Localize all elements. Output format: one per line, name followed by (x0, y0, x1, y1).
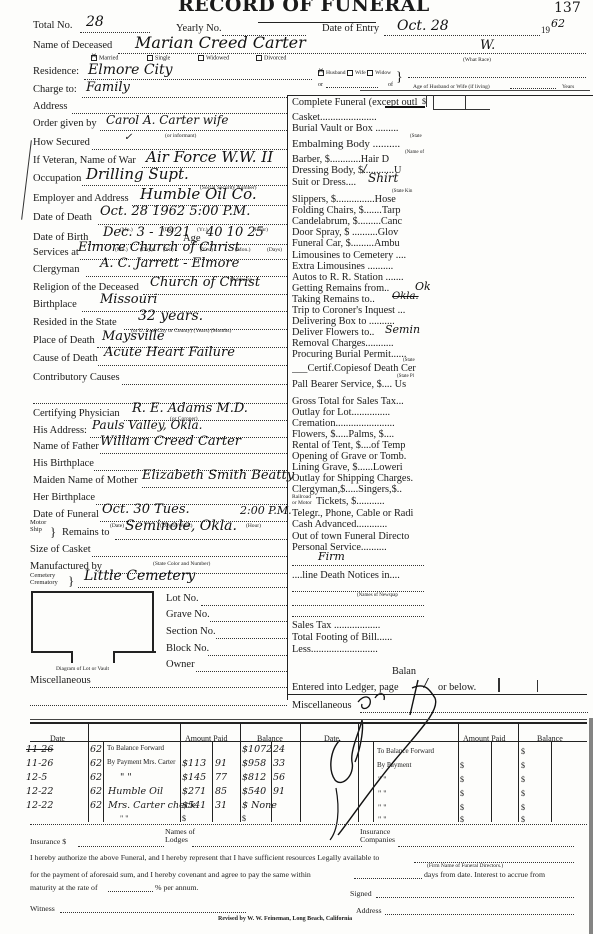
ledger-row[interactable]: 12-22 62 Mrs. Carter check $541 31 $ Non… (30, 800, 300, 814)
row-desc: By Payment (377, 761, 411, 769)
charge-rental-tent[interactable]: Rental of Tent, $....of Temp (292, 440, 426, 451)
resided-label: Resided in the State (33, 317, 117, 328)
charge-gross-total[interactable]: Gross Total for Sales Tax... (292, 396, 426, 407)
row-desc: " " (378, 803, 387, 812)
row-rule (300, 824, 587, 825)
widowed-checkbox[interactable]: Widowed (198, 55, 229, 61)
checkbox-icon (367, 70, 373, 76)
row-balance: $ (521, 803, 525, 812)
charge-pall-bearer[interactable]: Pall Bearer Service, $.... Us (292, 379, 426, 390)
insurance-companies-label: InsuranceCompanies (360, 828, 395, 844)
spouse-field[interactable] (408, 77, 586, 78)
total-no-value: 28 (86, 14, 104, 30)
spouse-of: of (388, 82, 393, 88)
address-field-footer[interactable] (385, 914, 574, 915)
charge-out-of-town[interactable]: Out of town Funeral Directo (292, 531, 426, 542)
insurance-companies-field[interactable] (398, 846, 574, 847)
interest-rate-field[interactable] (108, 891, 153, 892)
charge-autos-rr[interactable]: Autos to R. R. Station ....... (292, 272, 426, 283)
cemetery-value: Little Cemetery (84, 568, 195, 584)
row-date: 12-22 (26, 800, 53, 811)
row-amount: $271 (182, 786, 206, 797)
charge-folding-chairs[interactable]: Folding Chairs, $.......Tarp (292, 205, 426, 216)
misc-label: Miscellaneous (30, 675, 91, 686)
panel-divider (426, 95, 427, 107)
ledger-row[interactable]: 11-26 62 To Balance Forward $1072 24 (30, 744, 300, 758)
total-no-label: Total No. (33, 20, 73, 31)
firm-caption: (Firm Name of Funeral Directors.) (427, 863, 503, 869)
personal-service-value: Firm (318, 550, 345, 563)
newspaper-field-2[interactable] (292, 605, 424, 606)
date-of-entry-field[interactable] (384, 35, 540, 36)
charge-less[interactable]: Less.......................... (292, 644, 426, 655)
charge-complete-funeral[interactable]: Complete Funeral (except outl (292, 97, 426, 108)
diagram-line (113, 651, 156, 653)
charge-limousines[interactable]: Limousines to Cemetery .... (292, 250, 426, 261)
brace: } (396, 70, 403, 86)
ledger-row[interactable]: " " $ $ (30, 814, 300, 828)
row-balance: $ (242, 814, 246, 823)
services-value: Elmore Church of Christ (78, 240, 240, 255)
maturity-line-b: % per annum. (155, 883, 199, 892)
block-no-label: Block No. (166, 643, 209, 654)
funeral-hour-value: 2:00 P.M. (240, 504, 292, 517)
charge-tickets[interactable]: Tickets, $........... (316, 496, 426, 507)
row-amount: $ (182, 814, 186, 823)
row-amount: $113 (182, 758, 206, 769)
address-label-footer: Address (356, 906, 382, 915)
occupation-value: Drilling Supt. (86, 165, 189, 183)
row-amount: $145 (182, 772, 206, 783)
charge-slippers[interactable]: Slippers, $...............Hose (292, 194, 426, 205)
charge-to-value: Family (86, 80, 130, 95)
resided-value: 32 years. (138, 308, 203, 324)
row-balance: $ None (242, 800, 277, 811)
deceased-name-label: Name of Deceased (33, 40, 112, 51)
row-balance: $ (521, 747, 525, 756)
row-desc: " " (378, 789, 387, 798)
order-given-by-value: Carol A. Carter wife (106, 113, 228, 127)
clergyman-value: A. C. Jarrett - Elmore (100, 256, 239, 271)
place-of-death-value: Maysville (102, 329, 165, 344)
row-balance: $ (521, 789, 525, 798)
row-rule (30, 824, 300, 825)
authorize-line: I hereby authorize the above Funeral, an… (30, 853, 379, 862)
row-desc: " " (120, 814, 129, 823)
place-of-death-label: Place of Death (33, 335, 95, 346)
charge-to-label: Charge to: (33, 84, 77, 95)
his-address-value: Pauls Valley, Okla. (92, 418, 202, 432)
row-year: 62 (90, 800, 102, 811)
charge-suit-dress[interactable]: Suit or Dress.... (292, 177, 426, 188)
lodges-label: Names ofLodges (165, 828, 195, 844)
his-birthplace-label: His Birthplace (33, 458, 94, 469)
year-prefix: 19 (541, 25, 550, 35)
contributory-field[interactable] (122, 384, 287, 385)
row-year: 62 (90, 744, 102, 755)
diagram-caption: Diagram of Lot or Vault (56, 666, 109, 672)
row-desc: By Payment Mrs. Carter (107, 758, 175, 766)
religion-value: Church of Christ (150, 275, 260, 290)
father-field[interactable] (100, 453, 287, 454)
section-no-label: Section No. (166, 626, 216, 637)
charge-death-notices[interactable]: ....line Death Notices in.... (292, 570, 426, 581)
charge-to-field[interactable] (82, 97, 287, 98)
cents-divider (465, 95, 466, 109)
lot-no-label: Lot No. (166, 593, 199, 604)
residence-label: Residence: (33, 66, 79, 77)
charge-cremation[interactable]: Cremation....................... (292, 418, 426, 429)
charge-opening-grave[interactable]: Opening of Grave or Tomb. (292, 451, 426, 462)
diagram-line (113, 651, 115, 663)
row-cents: 91 (215, 758, 227, 769)
checkbox-icon (147, 55, 153, 61)
checkbox-checked-icon (91, 55, 97, 61)
father-value: William Creed Carter (100, 434, 241, 449)
row-amount: $ (460, 761, 464, 770)
amount-divider (433, 95, 434, 109)
newspaper-field-3[interactable] (292, 616, 424, 617)
ledger-table-left: Date Amount Paid Balance 11-26 62 To Bal… (30, 722, 300, 822)
payment-line: for the payment of aforesaid sum, and I … (30, 870, 311, 879)
row-date: 12-22 (26, 786, 53, 797)
his-address-label: His Address: (33, 425, 87, 436)
birthplace-label: Birthplace (33, 299, 77, 310)
ledger-row[interactable]: 12-5 62 " " $145 77 $812 56 (30, 772, 300, 786)
date-of-entry-value: Oct. 28 (397, 18, 449, 34)
revised-by-credit: Revised by W. W. Feineman, Long Beach, C… (218, 916, 352, 922)
cemetery-field[interactable] (78, 587, 287, 588)
lodges-field[interactable] (192, 846, 362, 847)
her-birthplace-label: Her Birthplace (33, 492, 95, 503)
block-no-field[interactable] (208, 655, 287, 656)
row-amount: $ (460, 775, 464, 784)
row-date: 11-26 (26, 758, 53, 769)
witness-label: Witness (30, 904, 55, 913)
checkbox-checked-icon (318, 70, 324, 76)
amount-box-bottom (433, 109, 490, 110)
funeral-caption-hour: (Hour) (246, 523, 261, 529)
remains-value: Seminole, Okla. (125, 518, 237, 534)
race-value: W. (480, 38, 495, 53)
cause-of-death-field[interactable] (98, 365, 287, 366)
charge-cash-advanced[interactable]: Cash Advanced............ (292, 519, 426, 530)
ledger-row[interactable]: " " $ $ (300, 789, 587, 803)
grave-no-field[interactable] (210, 621, 287, 622)
casket-size-field[interactable] (92, 556, 287, 557)
section-no-field[interactable] (216, 638, 287, 639)
ledger-table-right: Date Amount Paid Balance To Balance Forw… (300, 722, 587, 822)
row-amount: $ (460, 803, 464, 812)
wife-checkbox[interactable]: Wife (347, 70, 366, 76)
funeral-caption-date: (Date) (110, 523, 124, 529)
row-balance: $812 (242, 772, 266, 783)
row-balance: $ (521, 815, 525, 824)
row-date: 11-26 (26, 744, 53, 755)
grave-no-label: Grave No. (166, 609, 210, 620)
ledger-header-amount: Amount Paid (185, 734, 227, 743)
row-desc: " " (120, 772, 132, 783)
ledger-divider (498, 678, 500, 692)
casket-caption: (State Color and Number) (153, 561, 210, 567)
ledger-divider (537, 680, 538, 692)
newspaper-caption: (Names of Newspap (357, 593, 398, 598)
spouse-options: Husband Wife Widow (318, 70, 391, 76)
cause-of-death-label: Cause of Death (33, 353, 98, 364)
newspaper-field[interactable] (292, 591, 424, 592)
clergyman-label: Clergyman (33, 264, 79, 275)
ledger-header-date: Date (50, 734, 65, 743)
father-label: Name of Father (33, 441, 99, 452)
charge-coroner-inquest[interactable]: Trip to Coroner's Inquest ... (292, 305, 426, 316)
mother-field[interactable] (142, 487, 287, 488)
insurance-field[interactable] (78, 846, 164, 847)
row-desc: " " (378, 775, 387, 784)
checkbox-icon (256, 55, 262, 61)
days-field[interactable] (354, 878, 422, 879)
row-desc: To Balance Forward (377, 747, 434, 755)
brace: } (50, 524, 56, 540)
married-checkbox[interactable]: Married (91, 55, 118, 61)
charge-shipping[interactable]: Outlay for Shipping Charges. (292, 473, 426, 484)
ledger-header-balance: Balance (537, 734, 563, 743)
lot-diagram-box (31, 591, 154, 651)
ledger-header-balance: Balance (257, 734, 283, 743)
occupation-label: Occupation (33, 173, 81, 184)
charge-door-spray[interactable]: Door Spray, $ ..........Glov (292, 227, 426, 238)
checkbox-icon (198, 55, 204, 61)
row-year: 62 (90, 758, 102, 769)
payment-line-b: days from date. Interest to accrue from (424, 870, 545, 879)
deceased-name-field[interactable] (118, 53, 586, 54)
misc-field[interactable] (90, 687, 287, 688)
scan-edge (589, 718, 593, 934)
diagram-line (71, 651, 73, 663)
ledger-row[interactable]: By Payment $ $ (300, 761, 587, 775)
row-desc: " " (378, 815, 387, 824)
charge-removal[interactable]: Removal Charges........... (292, 338, 426, 349)
deceased-name-value: Marian Creed Carter (135, 33, 306, 52)
suit-value: Shirt (368, 171, 398, 185)
row-amount: $ (460, 815, 464, 824)
charge-barber[interactable]: Barber, $............Hair D (292, 154, 426, 165)
funeral-record-page: RECORD OF FUNERAL 137 Total No. 28 Yearl… (0, 0, 593, 934)
services-label: Services at (33, 247, 79, 258)
charge-casket[interactable]: Casket...................... (292, 112, 426, 123)
charge-clergyman-singers[interactable]: Clergyman,$.....Singers,$.. (292, 484, 426, 495)
ledger-row[interactable]: To Balance Forward $ (300, 747, 587, 761)
birth-caption-days: (Days) (267, 247, 282, 253)
row-balance-cents: 24 (273, 744, 285, 755)
ledger-row[interactable]: " " $ $ (300, 775, 587, 789)
date-of-birth-value: Dec. 3 - 1921 (103, 225, 191, 240)
informant-caption: (or informant) (165, 133, 196, 139)
year-value: 62 (551, 17, 565, 30)
row-cents: 77 (215, 772, 227, 783)
margin-mark (21, 140, 32, 220)
how-secured-label: How Secured (33, 137, 90, 148)
funeral-date-value: Oct. 30 Tues. (102, 502, 190, 517)
charge-extra-limousines[interactable]: Extra Limousines .......... (292, 261, 426, 272)
charge-telegraph[interactable]: Telegr., Phone, Cable or Radi (292, 508, 426, 519)
document-title: RECORD OF FUNERAL (178, 0, 430, 16)
casket-size-label: Size of Casket (30, 544, 91, 555)
deliver-flowers-value: Semin (385, 323, 420, 336)
railroad-motor-label: Railroador Motor (292, 495, 312, 506)
row-balance: $540 (242, 786, 266, 797)
mother-label: Maiden Name of Mother (33, 475, 138, 486)
spouse-or: or (318, 82, 323, 88)
row-balance-cents: 33 (273, 758, 285, 769)
age-value: 40 10 25 (206, 225, 264, 240)
row-balance-cents: 91 (273, 786, 285, 797)
row-balance: $ (521, 775, 525, 784)
charge-dressing-body[interactable]: Dressing Body, $............U (292, 165, 426, 176)
charge-funeral-car[interactable]: Funeral Car, $.........Ambu (292, 238, 426, 249)
divorced-checkbox[interactable]: Divorced (256, 55, 286, 61)
personal-service-field-2[interactable] (292, 565, 424, 566)
row-cents: 85 (215, 786, 227, 797)
widow-checkbox[interactable]: Widow (367, 70, 391, 76)
ledger-row[interactable]: 12-22 62 Humble Oil $271 85 $540 91 (30, 786, 300, 800)
charge-candelabrum[interactable]: Candelabrum, $.........Canc (292, 216, 426, 227)
row-date: 12-5 (26, 772, 47, 783)
row-balance: $1072 (242, 744, 272, 755)
ledger-header-amount: Amount Paid (463, 734, 505, 743)
row-desc: To Balance Forward (107, 744, 164, 752)
cemetery-crematory-label: CemeteryCrematory (30, 573, 58, 586)
ledger-top-rule (30, 719, 587, 720)
signed-field[interactable] (376, 897, 574, 898)
row-desc: Humble Oil (108, 786, 163, 797)
maturity-line: maturity at the rate of (30, 883, 98, 892)
charge-burial-vault[interactable]: Burial Vault or Box ......... (292, 123, 426, 134)
charge-lining-grave[interactable]: Lining Grave, $......Loweri (292, 462, 426, 473)
charge-flowers-palms[interactable]: Flowers, $.....Palms, $.... (292, 429, 426, 440)
charge-sales-tax[interactable]: Sales Tax .................. (292, 620, 426, 631)
date-of-death-label: Date of Death (33, 212, 92, 223)
taking-remains-value: Okla. (392, 291, 419, 302)
dressing-value: / (363, 162, 367, 175)
veteran-value: Air Force W.W. II (146, 148, 273, 166)
row-cents: 31 (215, 800, 227, 811)
header-rule (360, 90, 590, 91)
misc-field-2[interactable] (30, 705, 287, 706)
charge-certified-copies[interactable]: ___Certif.Copiesof Death Cer (292, 363, 426, 374)
husband-checkbox[interactable]: Husband (318, 70, 346, 76)
lot-no-field[interactable] (201, 605, 287, 606)
charge-personal-service[interactable]: Personal Service.......... (292, 542, 426, 553)
employer-value: Humble Oil Co. (140, 185, 257, 203)
ledger-header-date: Date (324, 734, 339, 743)
date-of-death-value: Oct. 28 1962 5:00 P.M. (100, 204, 250, 219)
row-balance: $958 (242, 758, 266, 769)
page-number: 137 (554, 0, 581, 16)
charge-total-footing[interactable]: Total Footing of Bill...... (292, 632, 426, 643)
ledger-row[interactable]: " " $ $ (300, 815, 587, 829)
remains-field[interactable] (115, 539, 287, 540)
signed-label: Signed (350, 889, 372, 898)
owner-field[interactable] (196, 671, 287, 672)
row-amount: $541 (182, 800, 206, 811)
spouse-name-field[interactable] (326, 87, 378, 88)
order-given-by-label: Order given by (33, 118, 97, 129)
charge-outlay-lot[interactable]: Outlay for Lot............... (292, 407, 426, 418)
race-caption: (What Race) (463, 57, 491, 63)
order-given-by-field[interactable] (100, 130, 287, 131)
row-year: 62 (90, 786, 102, 797)
single-checkbox[interactable]: Single (147, 55, 170, 61)
diagram-line (31, 651, 73, 653)
motor-ship-label: MotorShip (30, 520, 46, 533)
cause-of-death-value: Acute Heart Failure (104, 345, 235, 360)
address-label: Address (33, 101, 67, 112)
birthplace-value: Missouri (100, 292, 157, 307)
residence-value: Elmore City (88, 62, 173, 78)
row-balance: $ (521, 761, 525, 770)
brace: } (68, 573, 74, 589)
row-balance-cents: 56 (273, 772, 285, 783)
age-of-spouse-field[interactable] (510, 88, 556, 89)
how-secured-value: ✓ (124, 132, 132, 143)
physician-value: R. E. Adams M.D. (132, 401, 248, 416)
ledger-row[interactable]: 11-26 62 By Payment Mrs. Carter $113 91 … (30, 758, 300, 772)
checkbox-icon (347, 70, 353, 76)
owner-label: Owner (166, 659, 195, 670)
charge-embalming[interactable]: Embalming Body .......... (292, 138, 426, 150)
row-amount: $ (460, 789, 464, 798)
witness-field[interactable] (60, 912, 246, 913)
mother-value: Elizabeth Smith Beatty (142, 468, 294, 483)
insurance-label: Insurance $ (30, 837, 66, 846)
contributory-label: Contributory Causes (33, 372, 120, 383)
row-year: 62 (90, 772, 102, 783)
remains-label: Remains to (62, 527, 110, 538)
employer-label: Employer and Address (33, 193, 129, 204)
date-of-entry-label: Date of Entry (322, 23, 379, 34)
religion-field[interactable] (143, 294, 287, 295)
